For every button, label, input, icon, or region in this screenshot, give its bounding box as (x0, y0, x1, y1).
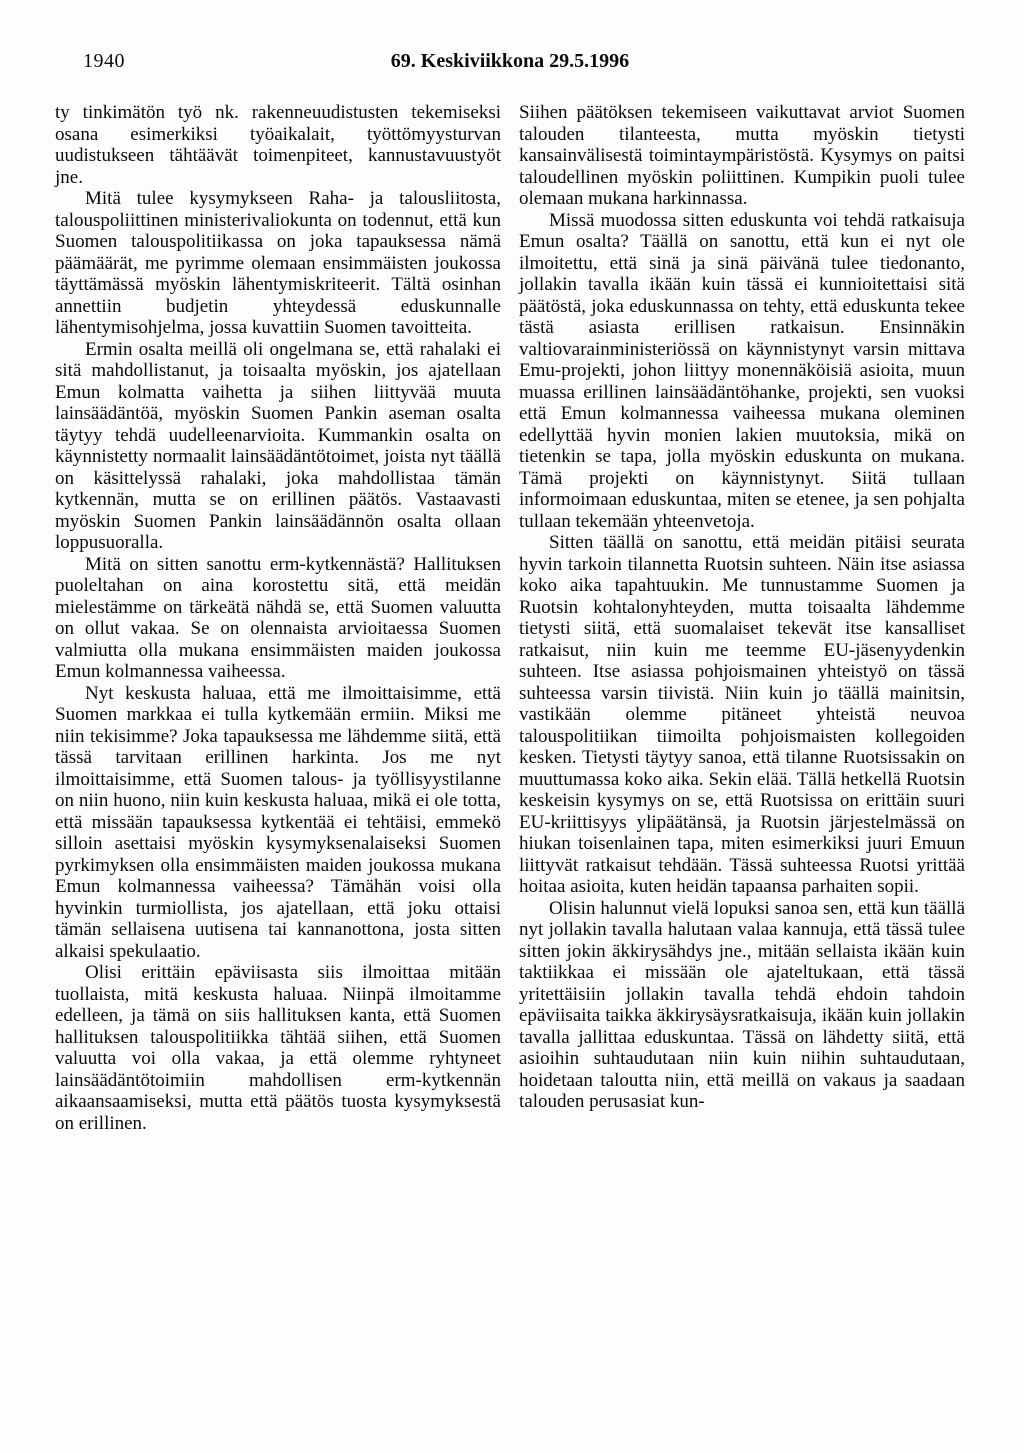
paragraph: Sitten täällä on sanottu, että meidän pi… (519, 532, 965, 898)
right-column: Siihen päätöksen tekemiseen vaikuttavat … (519, 102, 965, 1134)
left-column: ty tinkimätön työ nk. rakenneuudistusten… (55, 102, 501, 1134)
text-columns: ty tinkimätön työ nk. rakenneuudistusten… (55, 102, 965, 1134)
session-header-title: 69. Keskiviikkona 29.5.1996 (55, 50, 965, 73)
paragraph: Siihen päätöksen tekemiseen vaikuttavat … (519, 102, 965, 210)
paragraph: Olisi erittäin epäviisasta siis ilmoitta… (55, 962, 501, 1134)
paragraph: Missä muodossa sitten eduskunta voi tehd… (519, 210, 965, 533)
paragraph: Olisin halunnut vielä lopuksi sanoa sen,… (519, 898, 965, 1113)
page-header: 1940 69. Keskiviikkona 29.5.1996 (55, 50, 965, 78)
paragraph: Mitä on sitten sanottu erm-kytkennästä? … (55, 554, 501, 683)
paragraph: ty tinkimätön työ nk. rakenneuudistusten… (55, 102, 501, 188)
document-page: 1940 69. Keskiviikkona 29.5.1996 ty tink… (0, 0, 1024, 1453)
paragraph: Nyt keskusta haluaa, että me ilmoittaisi… (55, 683, 501, 963)
paragraph: Mitä tulee kysymykseen Raha- ja talousli… (55, 188, 501, 339)
paragraph: Ermin osalta meillä oli ongelmana se, et… (55, 339, 501, 554)
